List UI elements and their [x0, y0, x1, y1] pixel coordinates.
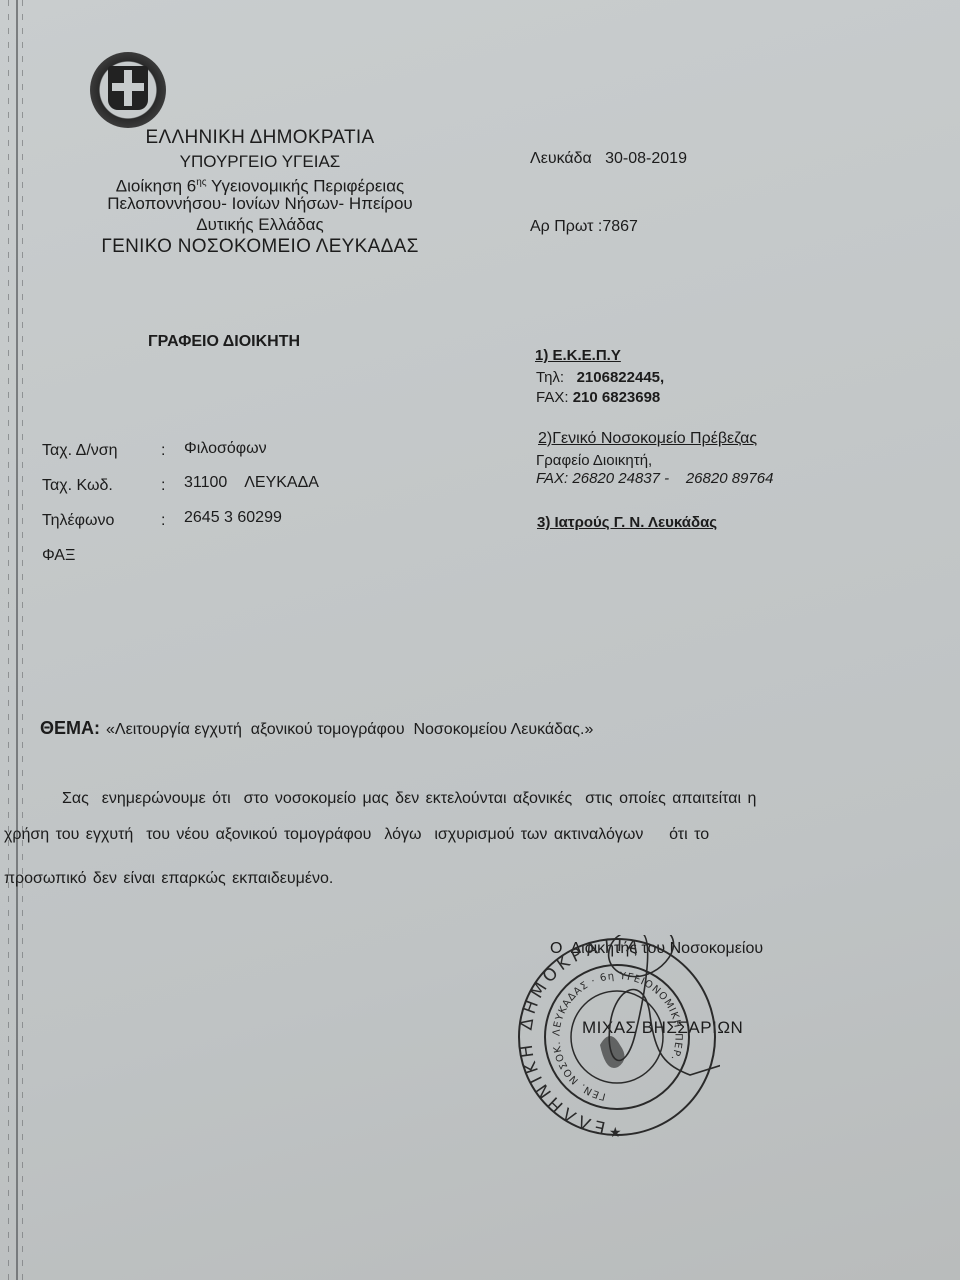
header-republic: ΕΛΛΗΝΙΚΗ ΔΗΜΟΚΡΑΤΙΑ: [60, 127, 460, 148]
page-edge-perforation: [8, 0, 9, 1280]
address-phone-label: Τηλέφωνο: [42, 512, 114, 530]
colon: :: [161, 477, 165, 495]
header-region-west: Δυτικής Ελλάδας: [60, 214, 460, 235]
recipient-3-title: 3) Ιατρούς Γ. Ν. Λευκάδας: [537, 514, 717, 531]
place: Λευκάδα: [530, 150, 592, 167]
page-edge-perforation: [22, 0, 23, 1280]
address-postcode-label: Ταχ. Κωδ.: [42, 477, 113, 495]
recipient-1-title: 1) Ε.Κ.Ε.Π.Υ: [535, 347, 621, 364]
page-edge-line: [16, 0, 18, 1280]
protocol-line: Αρ Πρωτ :7867: [530, 218, 638, 236]
recipient-1-phone: Τηλ: 2106822445,: [536, 369, 664, 386]
recipient-2-office: Γραφείο Διοικητή,: [536, 452, 652, 469]
header-ministry: ΥΠΟΥΡΓΕΙΟ ΥΓΕΙΑΣ: [60, 151, 460, 172]
svg-text:★: ★: [609, 1124, 622, 1140]
signatory-name: ΜΙΧΑΣ ΒΗΣΣΑΡΙΩΝ: [582, 1018, 743, 1038]
signatory-title: Ο Διοικητής του Νοσοκομείου: [550, 940, 763, 958]
body-paragraph-line-2: χρήση του εγχυτή του νέου αξονικού τομογ…: [4, 826, 709, 844]
recipient-2-fax: FAX: 26820 24837 - 26820 89764: [536, 470, 773, 487]
recipient-2-title: 2)Γενικό Νοσοκομείο Πρέβεζας: [538, 430, 757, 448]
protocol-number: 7867: [602, 218, 638, 235]
body-paragraph-line-1: Σας ενημερώνουμε ότι στο νοσοκομείο μας …: [62, 790, 756, 808]
office-title: ΓΡΑΦΕΙΟ ΔΙΟΙΚΗΤΗ: [148, 333, 300, 351]
address-street-label: Ταχ. Δ/νση: [42, 442, 118, 460]
subject-label: ΘΕΜΑ:: [40, 718, 100, 738]
address-fax-label: ΦΑΞ: [42, 547, 75, 565]
body-paragraph-line-3: προσωπικό δεν είναι επαρκώς εκπαιδευμένο…: [4, 870, 333, 888]
date-line: Λευκάδα 30-08-2019: [530, 150, 687, 168]
address-postcode-value: 31100 ΛΕΥΚΑΔΑ: [184, 474, 319, 492]
recipient-1-fax: FAX: 210 6823698: [536, 389, 660, 406]
greek-coat-of-arms-icon: [90, 52, 166, 128]
address-phone-value: 2645 3 60299: [184, 509, 282, 527]
subject-text: «Λειτουργία εγχυτή αξονικού τομογράφου Ν…: [106, 721, 593, 738]
subject-line: ΘΕΜΑ:«Λειτουργία εγχυτή αξονικού τομογρά…: [40, 718, 593, 739]
colon: :: [161, 512, 165, 530]
header-region: Πελοποννήσου- Ιονίων Νήσων- Ηπείρου: [60, 193, 460, 214]
date: 30-08-2019: [605, 150, 687, 167]
header-hospital: ΓΕΝΙΚΟ ΝΟΣΟΚΟΜΕΙΟ ΛΕΥΚΑΔΑΣ: [60, 236, 460, 257]
address-street-value: Φιλοσόφων: [184, 440, 267, 458]
colon: :: [161, 442, 165, 460]
